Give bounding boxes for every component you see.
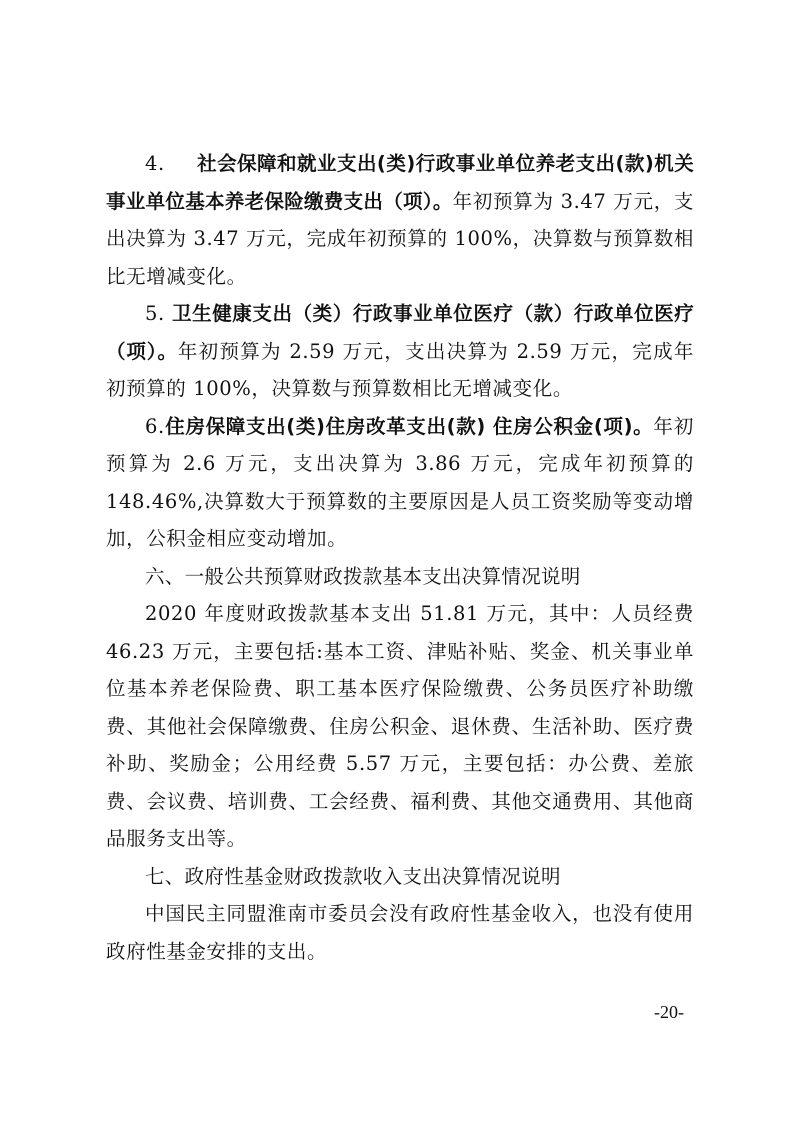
item-6-title: 住房保障支出(类)住房改革支出(款) 住房公积金(项)。 bbox=[165, 415, 654, 438]
item-6-number: 6. bbox=[145, 415, 165, 438]
item-5-number: 5. bbox=[145, 302, 165, 325]
item-5-paragraph: 5. 卫生健康支出（类）行政事业单位医疗（款）行政单位医疗（项）。年初预算为 2… bbox=[106, 295, 694, 408]
section-6-heading: 六、一般公共预算财政拨款基本支出决算情况说明 bbox=[106, 558, 694, 596]
document-page: 4.社会保障和就业支出(类)行政事业单位养老支出(款)机关事业单位基本养老保险缴… bbox=[106, 145, 694, 970]
item-5-body: 年初预算为 2.59 万元，支出决算为 2.59 万元，完成年初预算的 100%… bbox=[106, 340, 694, 401]
page-number: -20- bbox=[654, 1002, 684, 1023]
section-6-body: 2020 年度财政拨款基本支出 51.81 万元，其中：人员经费 46.23 万… bbox=[106, 595, 694, 858]
section-7-body: 中国民主同盟淮南市委员会没有政府性基金收入，也没有使用政府性基金安排的支出。 bbox=[106, 895, 694, 970]
item-4-paragraph: 4.社会保障和就业支出(类)行政事业单位养老支出(款)机关事业单位基本养老保险缴… bbox=[106, 145, 694, 295]
item-4-number: 4. bbox=[145, 152, 165, 175]
section-7-heading: 七、政府性基金财政拨款收入支出决算情况说明 bbox=[106, 858, 694, 896]
item-6-paragraph: 6.住房保障支出(类)住房改革支出(款) 住房公积金(项)。年初预算为 2.6 … bbox=[106, 408, 694, 558]
